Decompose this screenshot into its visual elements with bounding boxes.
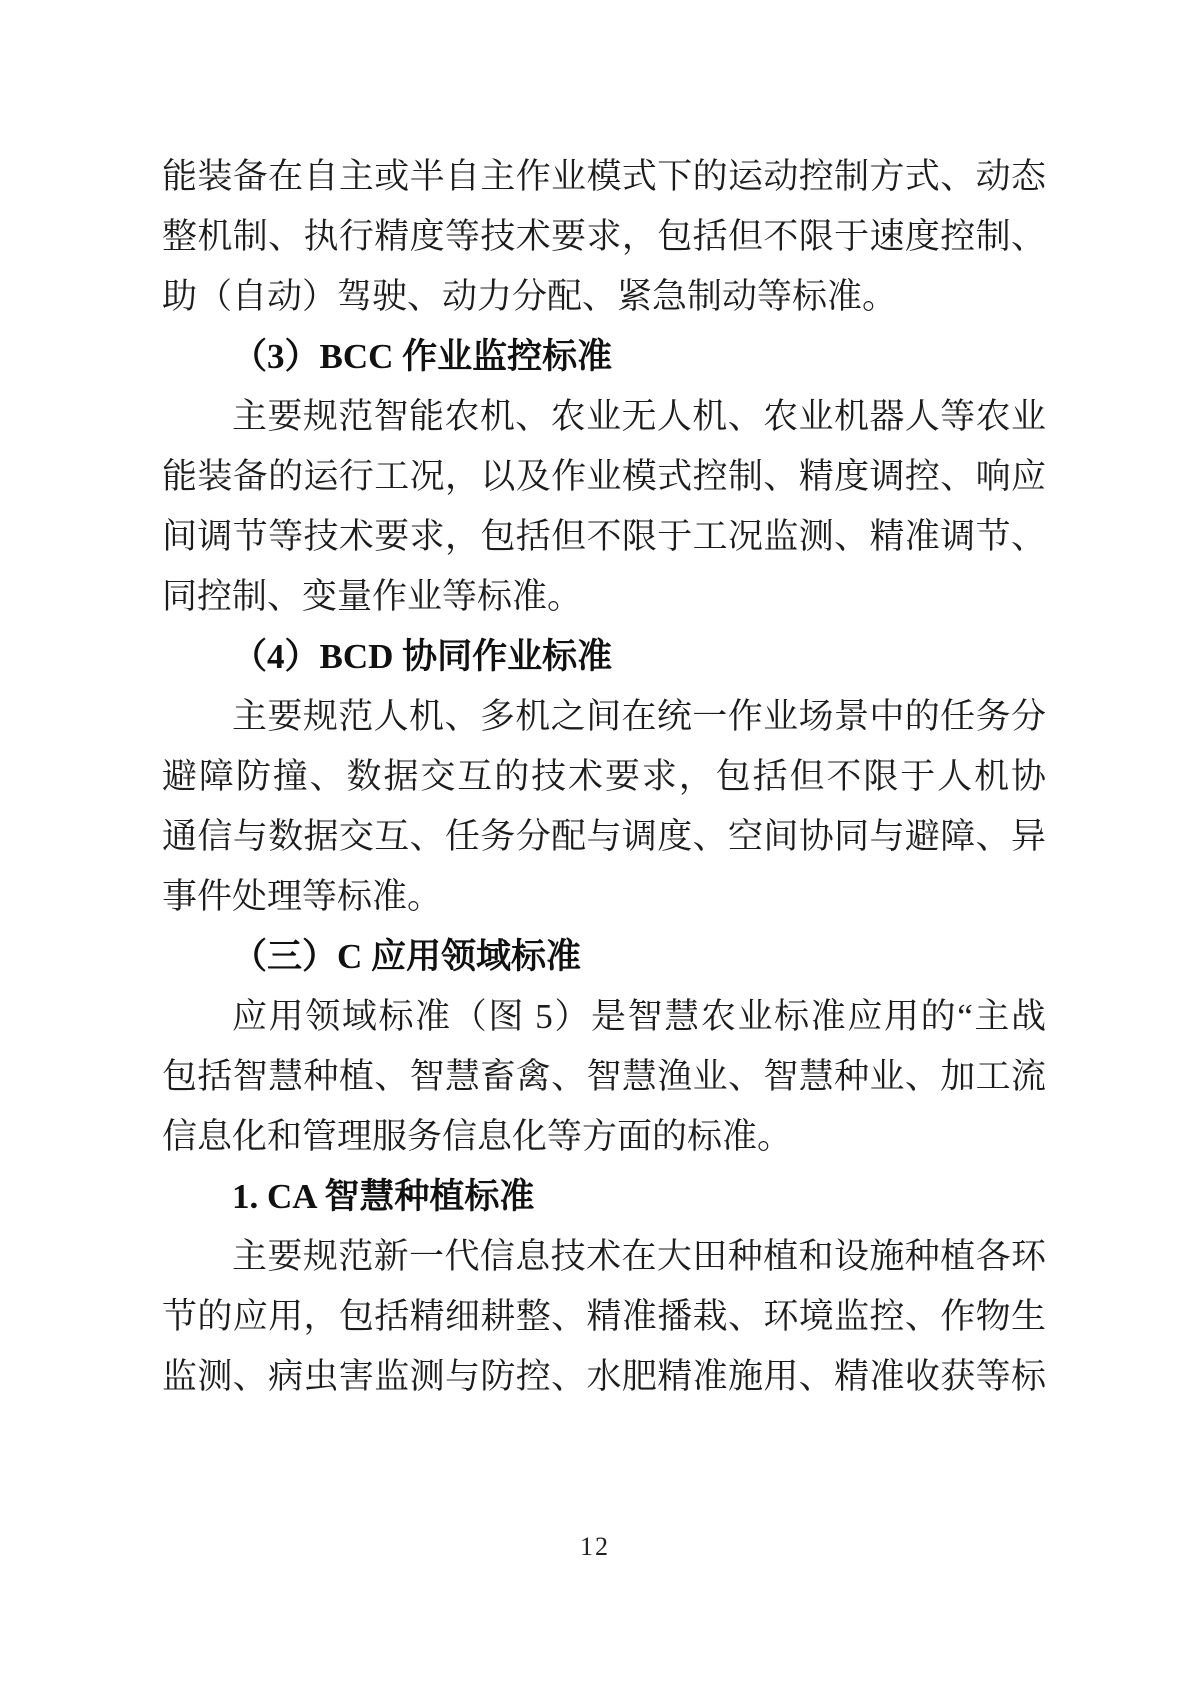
heading-line: （4）BCD 协同作业标准 bbox=[162, 627, 1046, 687]
text-line: 主要规范智能农机、农业无人机、农业机器人等农业智 bbox=[162, 387, 1046, 447]
text-line: 监测、病虫害监测与防控、水肥精准施用、精准收获等标准。 bbox=[162, 1347, 1046, 1407]
text-line: 信息化和管理服务信息化等方面的标准。 bbox=[162, 1107, 1046, 1167]
document-page: 能装备在自主或半自主作业模式下的运动控制方式、动态调整机制、执行精度等技术要求，… bbox=[0, 0, 1190, 1683]
paragraph: 主要规范新一代信息技术在大田种植和设施种植各环节的应用，包括精细耕整、精准播栽、… bbox=[162, 1227, 1046, 1407]
text-body: 能装备在自主或半自主作业模式下的运动控制方式、动态调整机制、执行精度等技术要求，… bbox=[162, 147, 1046, 1407]
text-line: 节的应用，包括精细耕整、精准播栽、环境监控、作物生长 bbox=[162, 1287, 1046, 1347]
heading-line: （三）C 应用领域标准 bbox=[162, 927, 1046, 987]
text-line: 通信与数据交互、任务分配与调度、空间协同与避障、异常 bbox=[162, 807, 1046, 867]
section-heading: （4）BCD 协同作业标准 bbox=[162, 627, 1046, 687]
heading-line: （3）BCC 作业监控标准 bbox=[162, 327, 1046, 387]
text-line: 能装备的运行工况，以及作业模式控制、精度调控、响应时 bbox=[162, 447, 1046, 507]
section-heading: （3）BCC 作业监控标准 bbox=[162, 327, 1046, 387]
text-line: 同控制、变量作业等标准。 bbox=[162, 567, 1046, 627]
paragraph: 主要规范智能农机、农业无人机、农业机器人等农业智能装备的运行工况，以及作业模式控… bbox=[162, 387, 1046, 627]
page-number: 12 bbox=[580, 1532, 610, 1561]
text-line: 整机制、执行精度等技术要求，包括但不限于速度控制、辅 bbox=[162, 207, 1046, 267]
text-line: 避障防撞、数据交互的技术要求，包括但不限于人机协同、 bbox=[162, 747, 1046, 807]
text-line: 事件处理等标准。 bbox=[162, 867, 1046, 927]
text-line: 主要规范新一代信息技术在大田种植和设施种植各环 bbox=[162, 1227, 1046, 1287]
text-line: 包括智慧种植、智慧畜禽、智慧渔业、智慧种业、加工流通 bbox=[162, 1047, 1046, 1107]
text-line: 应用领域标准（图 5）是智慧农业标准应用的“主战场”， bbox=[162, 987, 1046, 1047]
paragraph: 主要规范人机、多机之间在统一作业场景中的任务分配、避障防撞、数据交互的技术要求，… bbox=[162, 687, 1046, 927]
page-footer: 12 bbox=[0, 1532, 1190, 1562]
text-line: 助（自动）驾驶、动力分配、紧急制动等标准。 bbox=[162, 267, 1046, 327]
heading-line: 1. CA 智慧种植标准 bbox=[162, 1167, 1046, 1227]
text-line: 间调节等技术要求，包括但不限于工况监测、精准调节、协 bbox=[162, 507, 1046, 567]
section-heading: 1. CA 智慧种植标准 bbox=[162, 1167, 1046, 1227]
section-heading: （三）C 应用领域标准 bbox=[162, 927, 1046, 987]
text-line: 能装备在自主或半自主作业模式下的运动控制方式、动态调 bbox=[162, 147, 1046, 207]
text-line: 主要规范人机、多机之间在统一作业场景中的任务分配、 bbox=[162, 687, 1046, 747]
paragraph: 应用领域标准（图 5）是智慧农业标准应用的“主战场”，包括智慧种植、智慧畜禽、智… bbox=[162, 987, 1046, 1167]
paragraph: 能装备在自主或半自主作业模式下的运动控制方式、动态调整机制、执行精度等技术要求，… bbox=[162, 147, 1046, 327]
